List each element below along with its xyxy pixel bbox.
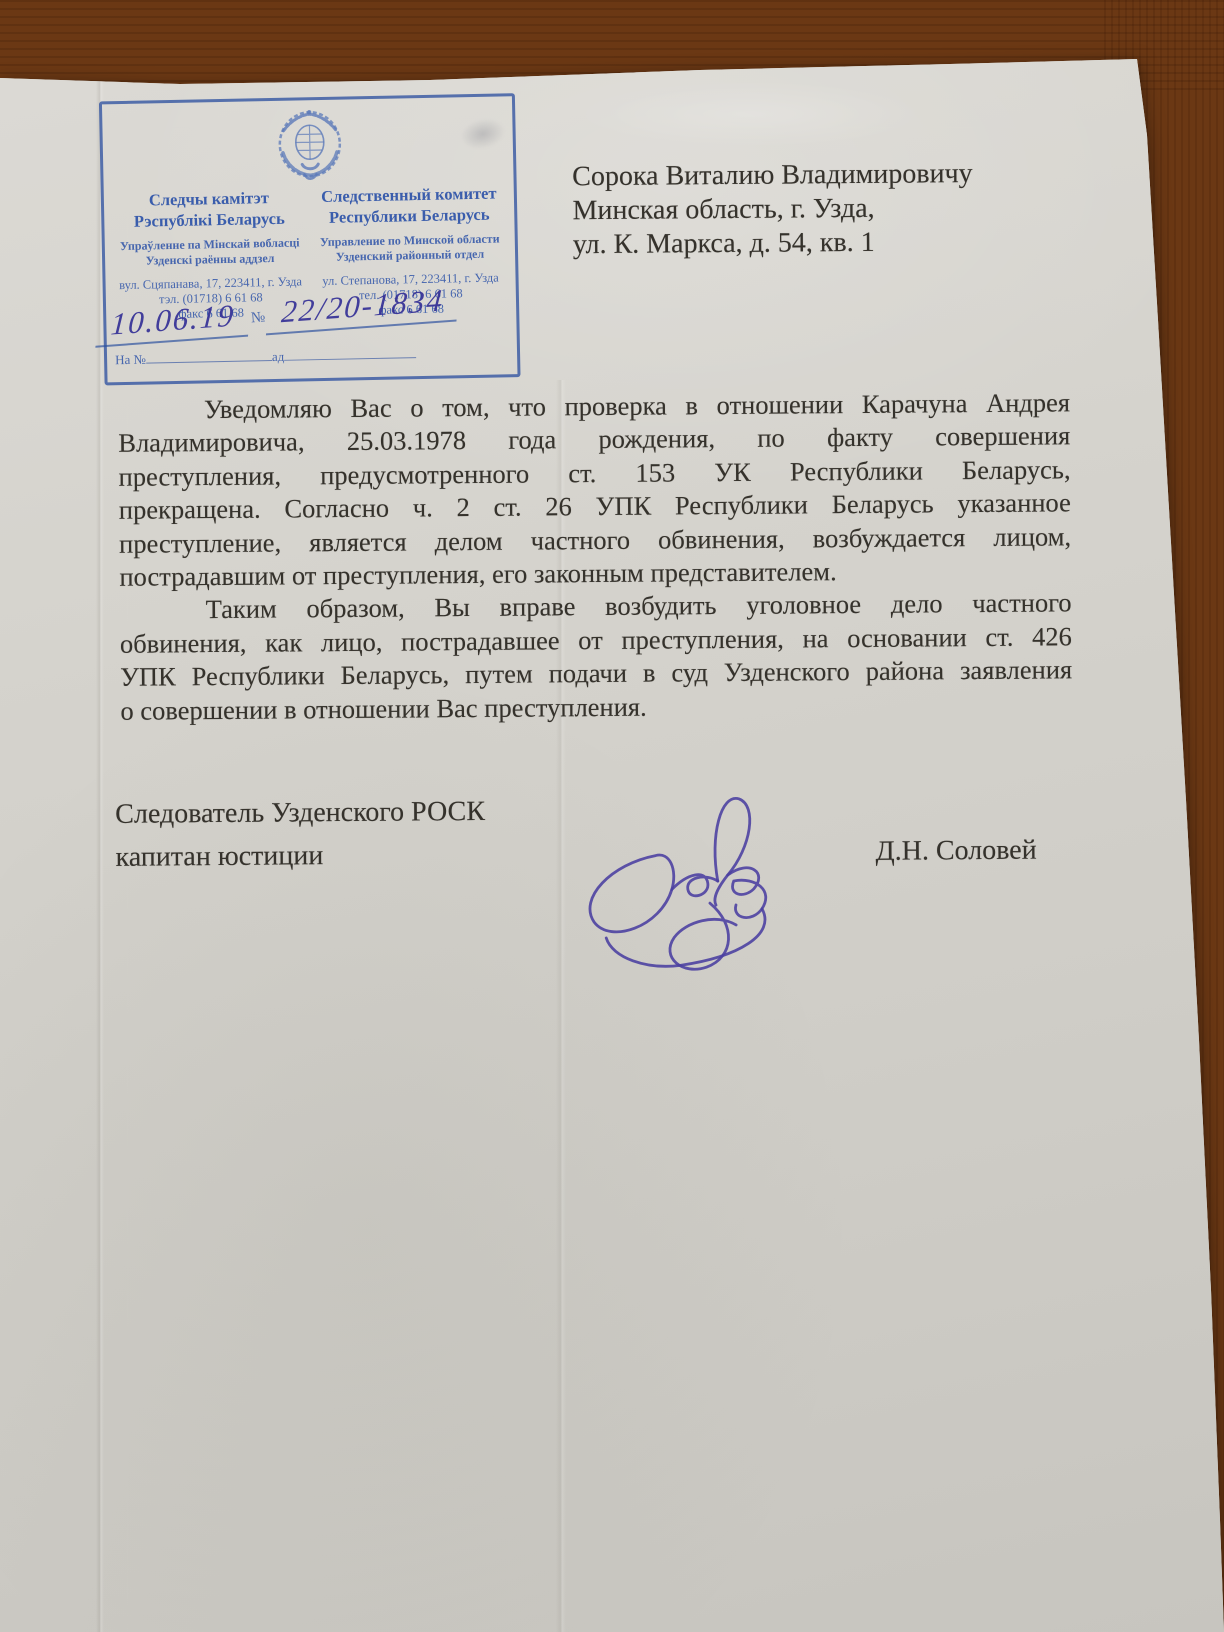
signer-name: Д.Н. Соловей [875,835,1036,868]
org-title-ru: Республики Беларусь [311,203,507,228]
belarus-state-emblem-icon [274,108,346,185]
number-sign: № [250,309,266,327]
ref-blank-1 [146,347,272,364]
paper-sheet: Следчы камітэт Рэспублікі Беларусь Упраў… [0,0,1224,1632]
ref-label-ad: ад [272,349,285,364]
reference-number-line: На №ад [115,344,417,368]
recipient-street: ул. К. Маркса, д. 54, кв. 1 [573,225,1043,263]
document-content: Следчы камітэт Рэспублікі Беларусь Упраў… [0,0,1224,1632]
letter-body: Уведомляю Вас о том, что проверка в отно… [118,386,1073,728]
letterhead-stamp: Следчы камітэт Рэспублікі Беларусь Упраў… [99,93,521,385]
org-title-by: Рэспублікі Беларусь [111,207,307,232]
recipient-name: Сорока Виталию Владимировичу [572,157,1042,195]
ref-label-na: На № [115,352,146,368]
signer-position-line2: капитан юстиции [115,839,635,873]
recipient-block: Сорока Виталию Владимировичу Минская обл… [572,157,1043,263]
recipient-region: Минская область, г. Узда, [572,191,1042,229]
photo-of-document: Следчы камітэт Рэспублікі Беларусь Упраў… [0,0,1224,1632]
handwritten-signature-icon [559,784,804,976]
body-paragraph-2: Таким образом, Вы вправе возбудить уголо… [120,587,1073,728]
signer-position-block: Следователь Узденского РОСК капитан юсти… [115,796,636,873]
org-dept-ru: Узденский районный отдел [312,246,508,265]
body-text-line: о совершении в отношении Вас преступлени… [120,687,1072,728]
signer-position-line1: Следователь Узденского РОСК [115,796,635,830]
body-paragraph-1: Уведомляю Вас о том, что проверка в отно… [118,386,1072,594]
ref-blank-2 [284,344,416,361]
paper-sheet-wrapper: Следчы камітэт Рэспублікі Беларусь Упраў… [0,0,1224,1632]
